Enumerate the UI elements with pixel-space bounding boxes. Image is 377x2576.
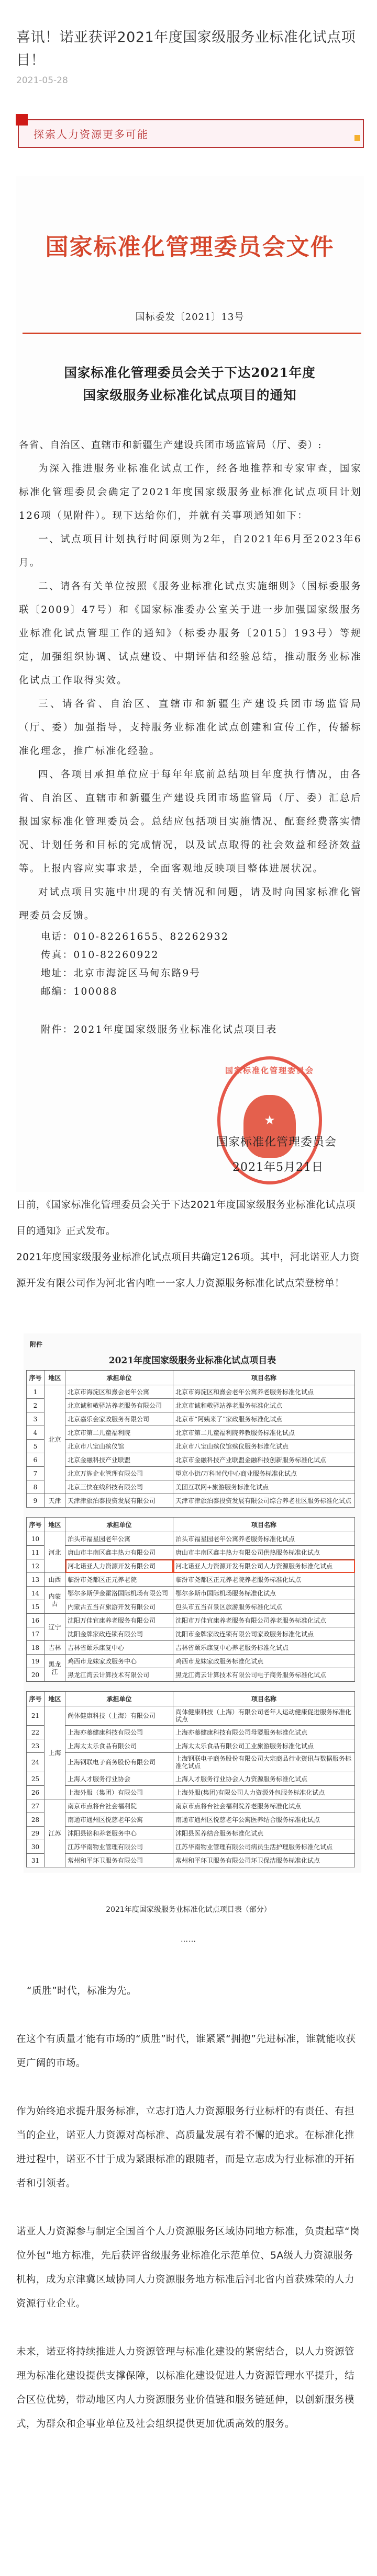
cell-organization: 南京市点将台社会福利院 bbox=[65, 1799, 173, 1813]
cell-project-name: 北京市金融科技产业联盟金融科技创新服务标准化试点 bbox=[173, 1453, 355, 1467]
cell-organization: 上海钢联电子商务股份有限公司 bbox=[65, 1753, 173, 1772]
notice-heading: 国家标准化管理委员会关于下达2021年度 国家级服务业标准化试点项目的通知 bbox=[16, 361, 364, 406]
table-row: 8北京三快在线科技有限公司美团互联网+旅游服务标准化试点 bbox=[27, 1480, 355, 1494]
cell-project-name: 北京市第二儿童福利院养教服务标准化试点 bbox=[173, 1426, 355, 1440]
column-header: 地区 bbox=[45, 1518, 65, 1532]
cell-number: 13 bbox=[27, 1573, 45, 1587]
cell-number: 7 bbox=[27, 1467, 45, 1480]
cell-number: 26 bbox=[27, 1786, 45, 1799]
cell-organization: 黑龙江湾云计算技术有限公司 bbox=[65, 1668, 173, 1682]
cell-organization: 沈阳万佳宜康养老服务有限公司 bbox=[65, 1614, 173, 1627]
contact-info: 电话：010-82261655、82262932 传真：010-82260922… bbox=[19, 928, 362, 1001]
cell-number: 8 bbox=[27, 1480, 45, 1494]
cell-organization: 北京市第二儿童福利院 bbox=[65, 1426, 173, 1440]
cell-organization: 唐山市丰南区鑫丰热力有限公司 bbox=[65, 1546, 173, 1559]
attachment-line: 附件：2021年度国家级服务业标准化试点项目表 bbox=[19, 1020, 362, 1041]
cell-number: 14 bbox=[27, 1587, 45, 1600]
table-row: 25上海人才服务行业协会上海人才服务行业协会人力资源服务标准化试点 bbox=[27, 1772, 355, 1786]
column-header: 序号 bbox=[27, 1692, 45, 1706]
contact-postcode: 邮编：100088 bbox=[41, 983, 362, 1001]
cell-project-name: 唐山市丰南区鑫丰热力有限公司供热服务标准化试点 bbox=[173, 1546, 355, 1559]
cell-organization: 尚体健康科技（上海）有限公司 bbox=[65, 1706, 173, 1726]
column-header: 项目名称 bbox=[173, 1692, 355, 1706]
contact-address: 地址：北京市海淀区马甸东路9号 bbox=[41, 964, 362, 983]
body-paragraph: 2021年度国家级服务业标准化试点项目共确定126项。其中，河北诺亚人力资源开发… bbox=[16, 1245, 361, 1297]
table-row: 23上海太太乐食品有限公司上海太太乐食品有限公司工业旅游服务标准化试点 bbox=[27, 1739, 355, 1753]
cell-organization: 上海人才服务行业协会 bbox=[65, 1772, 173, 1786]
tagline: “质胜”时代，标准为先。 bbox=[16, 1979, 361, 2003]
cell-organization: 内蒙古五当召旅游开发有限公司 bbox=[65, 1600, 173, 1614]
notice-paragraph: 为深入推进服务业标准化试点工作，经各地推荐和专家审查，国家标准化管理委员会确定了… bbox=[19, 457, 362, 528]
cell-number: 31 bbox=[27, 1854, 45, 1867]
cell-organization: 沭阳县铭和养老服务中心 bbox=[65, 1827, 173, 1840]
table-row: 17沈阳金牌家政连锁有限公司沈阳市金牌家政连锁有限公司家政服务标准化试点 bbox=[27, 1627, 355, 1641]
table-row: 16辽宁沈阳万佳宜康养老服务有限公司沈阳市万佳宜康养老服务有限公司养老服务标准化… bbox=[27, 1614, 355, 1627]
cell-number: 3 bbox=[27, 1412, 45, 1426]
cell-number: 15 bbox=[27, 1600, 45, 1614]
cell-organization: 北京市八宝山殡仪馆 bbox=[65, 1440, 173, 1453]
article-body: 日前，《国家标准化管理委员会关于下达2021年度国家级服务业标准化试点项目的通知… bbox=[0, 1192, 377, 1297]
cell-number: 16 bbox=[27, 1614, 45, 1627]
cell-organization: 北京金融科技产业联盟 bbox=[65, 1453, 173, 1467]
table-row: 27江苏南京市点将台社会福利院南京市点将台社会福利院养老服务标准化试点 bbox=[27, 1799, 355, 1813]
notice-paragraph: 四、各项目承担单位应于每年年底前总结项目年度执行情况，由各省、自治区、直辖市和新… bbox=[19, 763, 362, 881]
table-row: 7北京万旌企业管理有限公司望京小街/万科时代中心商业服务标准化试点 bbox=[27, 1467, 355, 1480]
cell-organization: 吉林省颐乐康复中心 bbox=[65, 1641, 173, 1655]
cell-project-name: 天津市津旅泊泰投资发展有限公司综合养老社区服务标准化试点 bbox=[173, 1494, 355, 1508]
cell-number: 11 bbox=[27, 1546, 45, 1559]
table-row: 26上海外服（集团）有限公司上海外服(集团)有限公司人力资源外包服务标准化试点 bbox=[27, 1786, 355, 1799]
banner-text: 探索人力资源更多可能 bbox=[34, 126, 149, 141]
cell-project-name: 沈阳市金牌家政连锁有限公司家政服务标准化试点 bbox=[173, 1627, 355, 1641]
cell-project-name: 美团互联网+旅游服务标准化试点 bbox=[173, 1480, 355, 1494]
table-header-row: 序号地区承担单位项目名称 bbox=[27, 1371, 355, 1385]
cell-project-name: 鄂尔多斯市国际机场服务标准化试点 bbox=[173, 1587, 355, 1600]
table-row: 21上海尚体健康科技（上海）有限公司尚体健康科技（上海）有限公司老年人运动健康促… bbox=[27, 1706, 355, 1726]
table-row: 22上海亦蓁健康科技有限公司上海亦蓁健康科技有限公司母婴服务标准化试点 bbox=[27, 1726, 355, 1739]
cell-organization: 上海太太乐食品有限公司 bbox=[65, 1739, 173, 1753]
document-number: 国标委发〔2021〕13号 bbox=[16, 310, 364, 323]
table-row: 29沭阳县铭和养老服务中心沭阳县医养结合服务标准化试点 bbox=[27, 1827, 355, 1840]
table-blocks: 序号地区承担单位项目名称1北京北京市海淀区和熹会老年公寓北京市海淀区和熹会老年公… bbox=[24, 1370, 361, 1867]
cell-number: 29 bbox=[27, 1827, 45, 1840]
cell-number: 12 bbox=[27, 1559, 45, 1573]
contact-fax: 传真：010-82260922 bbox=[41, 946, 362, 964]
table-row: 19黑龙江鸡西市龙妹家政服务中心鸡西市龙妹家政服务标准化试点 bbox=[27, 1655, 355, 1668]
closing-paragraph: 诺亚人力资源参与制定全国首个人力资源服务区域协同地方标准，负责起草“岗位外包”地… bbox=[16, 2220, 361, 2316]
cell-number: 28 bbox=[27, 1813, 45, 1827]
banner-accent-square-icon bbox=[354, 135, 360, 141]
cell-project-name: 北京市“阿姨来了”家政服务标准化试点 bbox=[173, 1412, 355, 1426]
table-row: 15内蒙古五当召旅游开发有限公司包头市五当召景区旅游服务标准化试点 bbox=[27, 1600, 355, 1614]
cell-number: 1 bbox=[27, 1385, 45, 1399]
cell-number: 5 bbox=[27, 1440, 45, 1453]
table-row: 24上海钢联电子商务股份有限公司上海钢联电子商务股份有限公司大宗商品行业资讯与数… bbox=[27, 1753, 355, 1772]
table-row: 4北京市第二儿童福利院北京市第二儿童福利院养教服务标准化试点 bbox=[27, 1426, 355, 1440]
cell-number: 19 bbox=[27, 1655, 45, 1668]
signature-block: 国家标准化管理委员会 ★ 国家标准化管理委员会 2021年5月21日 bbox=[16, 1041, 364, 1192]
cell-project-name: 望京小街/万科时代中心商业服务标准化试点 bbox=[173, 1467, 355, 1480]
table-row: 5北京市八宝山殡仪馆北京市八宝山殡仪馆殡仪服务标准化试点 bbox=[27, 1440, 355, 1453]
cell-number: 9 bbox=[27, 1494, 45, 1508]
cell-organization: 河北诺亚人力资源开发有限公司 bbox=[65, 1559, 173, 1573]
column-header: 序号 bbox=[27, 1371, 45, 1385]
cell-region: 北京 bbox=[45, 1385, 65, 1494]
cell-region: 内蒙古 bbox=[45, 1587, 65, 1614]
table-caption: 2021年度国家级服务业标准化试点项目表（部分） bbox=[0, 1904, 377, 1914]
cell-organization: 南通市通州区悦慈老年公寓 bbox=[65, 1813, 173, 1827]
pilot-project-table: 序号地区承担单位项目名称1北京北京市海淀区和熹会老年公寓北京市海淀区和熹会老年公… bbox=[26, 1370, 355, 1508]
closing-paragraph: 在这个有质量才能有市场的“质胜”时代，谁紧紧“拥抱”先进标准，谁就能收获更广阔的… bbox=[16, 2027, 361, 2076]
cell-organization: 北京嘉乐会家政服务有限公司 bbox=[65, 1412, 173, 1426]
red-divider bbox=[23, 333, 361, 334]
star-icon: ★ bbox=[264, 1113, 275, 1127]
column-header: 地区 bbox=[45, 1371, 65, 1385]
cell-organization: 江苏华南物业管理有限公司 bbox=[65, 1840, 173, 1854]
contact-phone: 电话：010-82261655、82262932 bbox=[41, 928, 362, 946]
cell-number: 23 bbox=[27, 1739, 45, 1753]
column-header: 项目名称 bbox=[173, 1518, 355, 1532]
table-row: 2北京诚和敬驿站养老服务有限公司北京市诚和敬驿站养老服务标准化试点 bbox=[27, 1399, 355, 1412]
publish-date: 2021-05-28 bbox=[0, 72, 377, 87]
notice-body: 各省、自治区、直辖市和新疆生产建设兵团市场监管局（厅、委）: 为深入推进服务业标… bbox=[16, 406, 364, 1041]
cell-number: 10 bbox=[27, 1532, 45, 1546]
notice-paragraph: 对试点项目实施中出现的有关情况和问题，请及时向国家标准化管理委员会反馈。 bbox=[19, 881, 362, 928]
cell-organization: 沈阳金牌家政连锁有限公司 bbox=[65, 1627, 173, 1641]
attachment-label: 附件 bbox=[24, 1340, 361, 1349]
cell-number: 24 bbox=[27, 1753, 45, 1772]
cell-number: 30 bbox=[27, 1840, 45, 1854]
pilot-project-table-image: 附件 2021年度国家级服务业标准化试点项目表 序号地区承担单位项目名称1北京北… bbox=[24, 1333, 361, 1873]
cell-region: 吉林 bbox=[45, 1641, 65, 1655]
cell-organization: 常州和平环卫服务有限公司 bbox=[65, 1854, 173, 1867]
table-header-row: 序号地区承担单位项目名称 bbox=[27, 1692, 355, 1706]
cell-project-name: 上海人才服务行业协会人力资源服务标准化试点 bbox=[173, 1772, 355, 1786]
table-title: 2021年度国家级服务业标准化试点项目表 bbox=[24, 1353, 361, 1366]
table-row: 1北京北京市海淀区和熹会老年公寓北京市海淀区和熹会老年公寓养老服务标准化试点 bbox=[27, 1385, 355, 1399]
cell-project-name: 沭阳县医养结合服务标准化试点 bbox=[173, 1827, 355, 1840]
table-row: 20黑龙江湾云计算技术有限公司黑龙江湾云计算技术有限公司电子商务服务标准化试点 bbox=[27, 1668, 355, 1682]
cell-project-name: 北京市八宝山殡仪馆殡仪服务标准化试点 bbox=[173, 1440, 355, 1453]
cell-organization: 上海外服（集团）有限公司 bbox=[65, 1786, 173, 1799]
column-header: 项目名称 bbox=[173, 1371, 355, 1385]
table-row: 10河北泊头市福星园老年公寓泊头市福星园老年公寓养老服务标准化试点 bbox=[27, 1532, 355, 1546]
column-header: 承担单位 bbox=[65, 1371, 173, 1385]
cell-organization: 鄂尔多斯伊金霍洛国际机场有限公司 bbox=[65, 1587, 173, 1600]
cell-organization: 泊头市福星园老年公寓 bbox=[65, 1532, 173, 1546]
section-banner: 探索人力资源更多可能 bbox=[16, 114, 364, 148]
cell-region: 河北 bbox=[45, 1532, 65, 1573]
cell-project-name: 泊头市福星园老年公寓养老服务标准化试点 bbox=[173, 1532, 355, 1546]
table-row: 12河北诺亚人力资源开发有限公司河北诺亚人力资源开发有限公司人力资源服务标准化试… bbox=[27, 1559, 355, 1573]
cell-project-name: 上海外服(集团)有限公司人力资源外包服务标准化试点 bbox=[173, 1786, 355, 1799]
table-row: 9天津天津津旅泊泰投资发展有限公司天津市津旅泊泰投资发展有限公司综合养老社区服务… bbox=[27, 1494, 355, 1508]
banner-corner-square-icon bbox=[16, 114, 28, 126]
cell-project-name: 黑龙江湾云计算技术有限公司电子商务服务标准化试点 bbox=[173, 1668, 355, 1682]
cell-project-name: 河北诺亚人力资源开发有限公司人力资源服务标准化试点 bbox=[173, 1559, 355, 1573]
cell-project-name: 北京市海淀区和熹会老年公寓养老服务标准化试点 bbox=[173, 1385, 355, 1399]
cell-number: 25 bbox=[27, 1772, 45, 1786]
cell-project-name: 吉林省颐乐康复中心养老服务标准化试点 bbox=[173, 1641, 355, 1655]
cell-organization: 临汾市尧都区正元养老院 bbox=[65, 1573, 173, 1587]
table-header-row: 序号地区承担单位项目名称 bbox=[27, 1518, 355, 1532]
cell-project-name: 南通市通州区悦慈老年公寓医养结合服务标准化试点 bbox=[173, 1813, 355, 1827]
cell-region: 上海 bbox=[45, 1706, 65, 1799]
salutation: 各省、自治区、直辖市和新疆生产建设兵团市场监管局（厅、委）: bbox=[19, 434, 362, 457]
cell-region: 江苏 bbox=[45, 1799, 65, 1867]
cell-number: 6 bbox=[27, 1453, 45, 1467]
column-header: 地区 bbox=[45, 1692, 65, 1706]
table-row: 31常州和平环卫服务有限公司常州和平环卫服务有限公司环卫保洁服务标准化试点 bbox=[27, 1854, 355, 1867]
article-title: 喜讯！诺亚获评2021年度国家级服务业标准化试点项目！ bbox=[0, 0, 377, 72]
cell-project-name: 上海亦蓁健康科技有限公司母婴服务标准化试点 bbox=[173, 1726, 355, 1739]
cell-organization: 北京三快在线科技有限公司 bbox=[65, 1480, 173, 1494]
cell-project-name: 南京市点将台社会福利院养老服务标准化试点 bbox=[173, 1799, 355, 1813]
cell-number: 4 bbox=[27, 1426, 45, 1440]
cell-region: 天津 bbox=[45, 1494, 65, 1508]
cell-project-name: 北京市诚和敬驿站养老服务标准化试点 bbox=[173, 1399, 355, 1412]
notice-paragraph: 二、请各有关单位按照《服务业标准化试点实施细则》（国标委服务联〔2009〕47号… bbox=[19, 575, 362, 692]
closing-paragraph: 作为始终追求提升服务标准，立志打造人力资源服务行业标杆的有责任、有担当的企业，诺… bbox=[16, 2100, 361, 2196]
body-paragraph: 日前，《国家标准化管理委员会关于下达2021年度国家级服务业标准化试点项目的通知… bbox=[16, 1192, 361, 1245]
cell-organization: 北京万旌企业管理有限公司 bbox=[65, 1467, 173, 1480]
cell-project-name: 江苏华南物业管理有限公司病员生活护理服务标准化试点 bbox=[173, 1840, 355, 1854]
table-row: 30江苏华南物业管理有限公司江苏华南物业管理有限公司病员生活护理服务标准化试点 bbox=[27, 1840, 355, 1854]
cell-number: 18 bbox=[27, 1641, 45, 1655]
table-gap bbox=[24, 1508, 361, 1517]
table-row: 28南通市通州区悦慈老年公寓南通市通州区悦慈老年公寓医养结合服务标准化试点 bbox=[27, 1813, 355, 1827]
table-row: 3北京嘉乐会家政服务有限公司北京市“阿姨来了”家政服务标准化试点 bbox=[27, 1412, 355, 1426]
pilot-project-table: 序号地区承担单位项目名称10河北泊头市福星园老年公寓泊头市福星园老年公寓养老服务… bbox=[26, 1517, 355, 1682]
cell-project-name: 沈阳市万佳宜康养老服务有限公司养老服务标准化试点 bbox=[173, 1614, 355, 1627]
closing-paragraph: 未来，诺亚将持续推进人力资源管理与标准化建设的紧密结合，以人力资源管理为标准化建… bbox=[16, 2340, 361, 2436]
cell-number: 17 bbox=[27, 1627, 45, 1641]
cell-number: 27 bbox=[27, 1799, 45, 1813]
table-row: 11唐山市丰南区鑫丰热力有限公司唐山市丰南区鑫丰热力有限公司供热服务标准化试点 bbox=[27, 1546, 355, 1559]
cell-organization: 天津津旅泊泰投资发展有限公司 bbox=[65, 1494, 173, 1508]
cell-number: 20 bbox=[27, 1668, 45, 1682]
cell-region: 辽宁 bbox=[45, 1614, 65, 1641]
ellipsis: …… bbox=[0, 1935, 377, 1944]
cell-project-name: 鸡西市龙妹家政服务标准化试点 bbox=[173, 1655, 355, 1668]
cell-number: 22 bbox=[27, 1726, 45, 1739]
column-header: 序号 bbox=[27, 1518, 45, 1532]
table-gap bbox=[24, 1682, 361, 1691]
issuer-header: 国家标准化管理委员会文件 bbox=[16, 228, 364, 261]
table-row: 14内蒙古鄂尔多斯伊金霍洛国际机场有限公司鄂尔多斯市国际机场服务标准化试点 bbox=[27, 1587, 355, 1600]
official-notice-image: 国家标准化管理委员会文件 国标委发〔2021〕13号 国家标准化管理委员会关于下… bbox=[16, 176, 364, 1192]
cell-number: 2 bbox=[27, 1399, 45, 1412]
cell-organization: 上海亦蓁健康科技有限公司 bbox=[65, 1726, 173, 1739]
signature-org: 国家标准化管理委员会 bbox=[216, 1133, 337, 1149]
cell-project-name: 上海太太乐食品有限公司工业旅游服务标准化试点 bbox=[173, 1739, 355, 1753]
cell-region: 山西 bbox=[45, 1573, 65, 1587]
cell-organization: 北京市海淀区和熹会老年公寓 bbox=[65, 1385, 173, 1399]
closing-section: “质胜”时代，标准为先。 在这个有质量才能有市场的“质胜”时代，谁紧紧“拥抱”先… bbox=[0, 1979, 377, 2436]
pilot-project-table: 序号地区承担单位项目名称21上海尚体健康科技（上海）有限公司尚体健康科技（上海）… bbox=[26, 1691, 355, 1867]
table-row: 6北京金融科技产业联盟北京市金融科技产业联盟金融科技创新服务标准化试点 bbox=[27, 1453, 355, 1467]
article-page: 喜讯！诺亚获评2021年度国家级服务业标准化试点项目！ 2021-05-28 探… bbox=[0, 0, 377, 2572]
cell-organization: 鸡西市龙妹家政服务中心 bbox=[65, 1655, 173, 1668]
column-header: 承担单位 bbox=[65, 1518, 173, 1532]
table-row: 18吉林吉林省颐乐康复中心吉林省颐乐康复中心养老服务标准化试点 bbox=[27, 1641, 355, 1655]
notice-paragraph: 三、请各省、自治区、直辖市和新疆生产建设兵团市场监管局（厅、委）加强指导，支持服… bbox=[19, 692, 362, 763]
cell-project-name: 常州和平环卫服务有限公司环卫保洁服务标准化试点 bbox=[173, 1854, 355, 1867]
cell-project-name: 包头市五当召景区旅游服务标准化试点 bbox=[173, 1600, 355, 1614]
table-row: 13山西临汾市尧都区正元养老院临汾市尧都区正元养老院养老服务标准化试点 bbox=[27, 1573, 355, 1587]
cell-organization: 北京诚和敬驿站养老服务有限公司 bbox=[65, 1399, 173, 1412]
cell-project-name: 尚体健康科技（上海）有限公司老年人运动健康促进服务标准化试点 bbox=[173, 1706, 355, 1726]
cell-project-name: 上海钢联电子商务股份有限公司大宗商品行业资讯与数据服务标准化试点 bbox=[173, 1753, 355, 1772]
cell-project-name: 临汾市尧都区正元养老院养老服务标准化试点 bbox=[173, 1573, 355, 1587]
cell-number: 21 bbox=[27, 1706, 45, 1726]
cell-region: 黑龙江 bbox=[45, 1655, 65, 1682]
notice-paragraph: 一、试点项目计划执行时间原则为2年，自2021年6月至2023年6月。 bbox=[19, 528, 362, 575]
signature-date: 2021年5月21日 bbox=[232, 1158, 324, 1175]
column-header: 承担单位 bbox=[65, 1692, 173, 1706]
banner-box: 探索人力资源更多可能 bbox=[18, 119, 364, 148]
